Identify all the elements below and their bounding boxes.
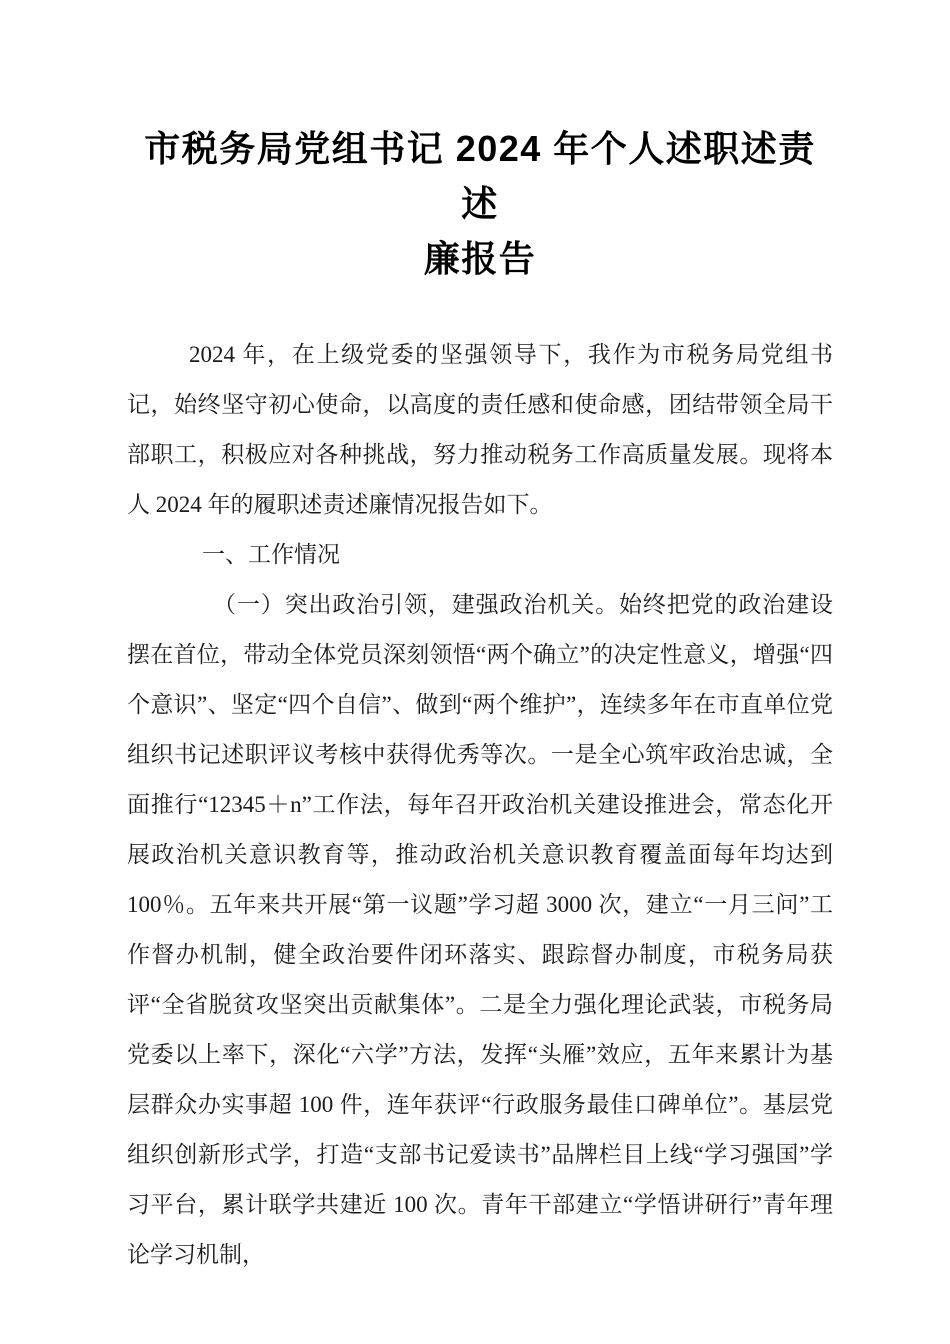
document-body: 2024 年，在上级党委的坚强领导下，我作为市税务局党组书记，始终坚守初心使命，… xyxy=(127,330,833,1280)
title-line-2: 廉报告 xyxy=(127,231,833,286)
title-line-1: 市税务局党组书记 2024 年个人述职述责述 xyxy=(127,121,833,231)
paragraph-section-one: （一）突出政治引领，建强政治机关。始终把党的政治建设摆在首位，带动全体党员深刻领… xyxy=(127,580,833,1280)
document-title: 市税务局党组书记 2024 年个人述职述责述 廉报告 xyxy=(127,121,833,286)
document-content: 市税务局党组书记 2024 年个人述职述责述 廉报告 2024 年，在上级党委的… xyxy=(127,121,833,1280)
document-page: 市税务局党组书记 2024 年个人述职述责述 廉报告 2024 年，在上级党委的… xyxy=(0,0,950,1344)
paragraph-intro: 2024 年，在上级党委的坚强领导下，我作为市税务局党组书记，始终坚守初心使命，… xyxy=(127,330,833,530)
section-heading-work-situation: 一、工作情况 xyxy=(127,530,833,580)
